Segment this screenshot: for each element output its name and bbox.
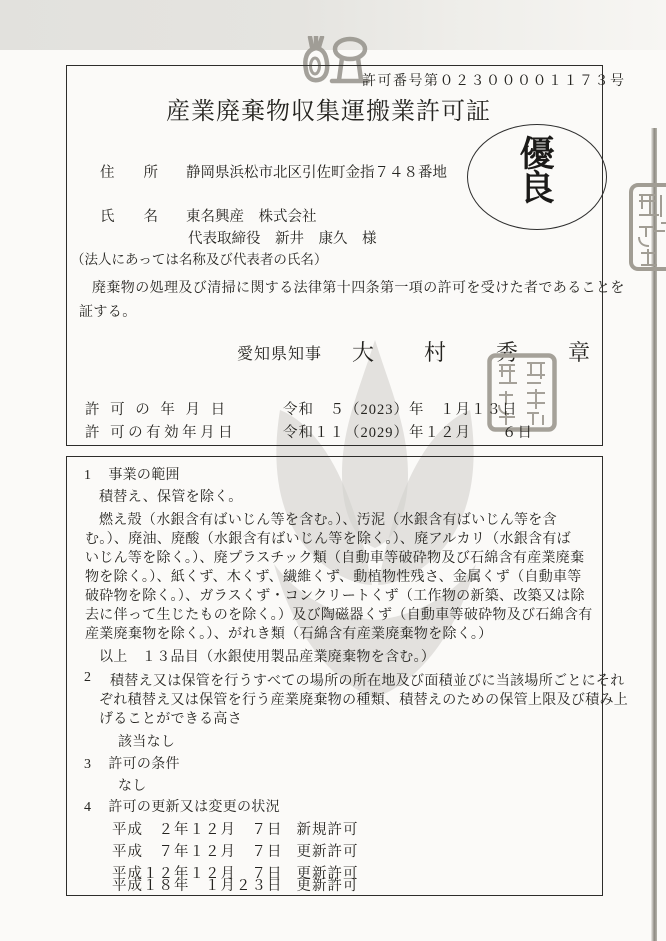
edge-partial-seal-icon <box>629 147 666 307</box>
history-date: 平成 ７年１２月 ７日 <box>112 844 283 860</box>
section1-number: 1 <box>84 468 91 483</box>
document-title: 産業廃棄物収集運搬業許可証 <box>166 91 491 126</box>
scanned-permit-page: 許可番号第０２３００００１１７３号 産業廃棄物収集運搬業許可証 優 良 住 所静… <box>0 0 666 941</box>
waste-line: 去に伴って生じたものを除く。）及び陶磁器くず（自動車等破砕物及び石綿含有 <box>85 604 593 624</box>
section1-heading-row: 1事業の範囲 <box>84 464 180 484</box>
address-label: 住 所 <box>100 165 158 181</box>
certification-line-2: 証する。 <box>79 301 137 321</box>
section4-heading-row: 4許可の更新又は変更の状況 <box>84 796 280 816</box>
history-row: 平成 ２年１２月 ７日新規許可 <box>112 818 359 839</box>
address-row: 住 所静岡県浜松市北区引佐町金指７４８番地 <box>100 161 447 182</box>
waste-line: 産業廃棄物を除く。）、がれき類（石綿含有産業廃棄物を除く。） <box>85 623 492 643</box>
excellent-oval-stamp: 優 良 <box>467 124 607 230</box>
history-date: 平成１８年 １月２３日 <box>112 878 283 894</box>
holder-name: 東名興産 株式会社 <box>186 209 317 225</box>
expiry-date-value: 令和１１（2029）年１２月 ６日 <box>283 421 533 442</box>
section3-number: 3 <box>84 757 91 772</box>
governor-seal-stamp <box>487 317 557 468</box>
expiry-date-label: 許 可の有効年月日 <box>85 421 236 442</box>
representative-line: 代表取締役 新井 康久 様 <box>188 227 377 248</box>
issuer-name: 大 村 秀 章 <box>352 336 604 367</box>
section3-heading-row: 3許可の条件 <box>84 753 180 773</box>
history-action: 新規許可 <box>297 822 359 838</box>
permit-date-value: 令和 ５（2023）年 １月１３日 <box>283 398 518 419</box>
certification-line-1: 廃棄物の処理及び清掃に関する法律第十四条第一項の許可を受けた者であることを <box>92 277 625 297</box>
section2-line: ぞれ積替え又は保管を行う産業廃棄物の種類、積替えのための保管上限及び積み上 <box>99 689 628 709</box>
address-value: 静岡県浜松市北区引佐町金指７４８番地 <box>186 165 447 181</box>
waste-line: 破砕物を除く。）、ガラスくず・コンクリートくず（工作物の新築、改築又は除 <box>85 585 585 605</box>
section3-answer: なし <box>118 775 147 795</box>
permit-number: 許可番号第０２３００００１１７３号 <box>362 70 626 90</box>
waste-line: む。）、廃油、廃酸（水銀含有ばいじん等を除く。）、廃アルカリ（水銀含有ば <box>85 528 571 548</box>
section2-line: げることができる高さ <box>99 708 242 728</box>
excellent-mark-bottom: 良 <box>468 172 606 206</box>
section4-number: 4 <box>84 800 91 815</box>
permit-date-label: 許 可 の 年 月 日 <box>85 398 229 419</box>
waste-line: 燃え殻（水銀含有ばいじん等を含む。）、汚泥（水銀含有ばいじん等を含 <box>99 509 557 529</box>
excellent-mark-top: 優 <box>468 138 606 172</box>
holder-row: 氏 名東名興産 株式会社 <box>100 205 317 226</box>
section3-heading: 許可の条件 <box>108 757 180 772</box>
history-row: 平成１８年 １月２３日更新許可 <box>112 874 359 895</box>
history-action: 更新許可 <box>297 878 359 894</box>
section2-answer: 該当なし <box>118 731 175 751</box>
waste-line: 物を除く。）、紙くず、木くず、繊維くず、動植物性残さ、金属くず（自動車等 <box>85 566 582 586</box>
corporate-note: （法人にあっては名称及び代表者の氏名） <box>71 248 327 268</box>
section1-subnote: 積替え、保管を除く。 <box>99 486 243 506</box>
history-row: 平成 ７年１２月 ７日更新許可 <box>112 840 359 861</box>
holder-label: 氏 名 <box>100 209 158 225</box>
section2-line: 積替え又は保管を行うすべての場所の所在地及び面積並びに当該場所ごとにそれ <box>110 670 625 690</box>
section2-number: 2 <box>84 670 91 686</box>
section1-heading: 事業の範囲 <box>108 468 180 483</box>
section4-heading: 許可の更新又は変更の状況 <box>108 800 280 815</box>
history-date: 平成 ２年１２月 ７日 <box>112 822 283 838</box>
section1-total: 以上 １３品目（水銀使用製品産業廃棄物を含む。） <box>99 646 435 666</box>
issuer-title: 愛知県知事 <box>237 341 322 364</box>
history-action: 更新許可 <box>297 844 359 860</box>
waste-line: いじん等を除く。）、廃プラスチック類（自動車等破砕物及び石綿含有産業廃棄 <box>85 547 584 567</box>
